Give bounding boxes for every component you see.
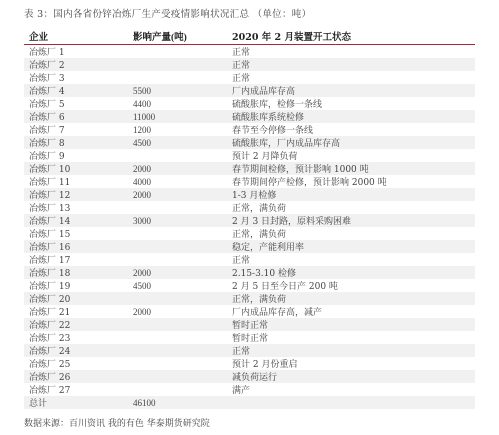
impact-cell: 2000 [129, 268, 232, 278]
table-row: 冶炼厂 22暂时正常 [24, 318, 475, 331]
status-cell: 厂内成品库存高，减产 [232, 305, 475, 318]
status-cell: 正常 [232, 58, 475, 71]
table-row: 冶炼厂 1820002.15-3.10 检修 [24, 266, 475, 279]
table-row: 冶炼厂 611000硫酸胀库系统检修 [24, 110, 475, 123]
status-cell: 厂内成品库存高 [232, 84, 475, 97]
company-cell: 冶炼厂 10 [24, 162, 129, 175]
status-cell: 硫酸胀库，厂内成品库存高 [232, 136, 475, 149]
status-cell: 暂时正常 [232, 331, 475, 344]
table-row: 冶炼厂 23暂时正常 [24, 331, 475, 344]
status-cell: 春节至今停修一条线 [232, 123, 475, 136]
status-cell: 预计 2 月份重启 [232, 357, 475, 370]
table-row: 冶炼厂 25预计 2 月份重启 [24, 357, 475, 370]
company-cell: 冶炼厂 12 [24, 188, 129, 201]
company-cell: 冶炼厂 7 [24, 123, 129, 136]
company-cell: 冶炼厂 16 [24, 240, 129, 253]
impact-cell: 5500 [129, 86, 232, 96]
status-cell: 正常 [232, 344, 475, 357]
table-row: 冶炼厂 24正常 [24, 344, 475, 357]
table-row: 冶炼厂 26减负荷运行 [24, 370, 475, 383]
company-cell: 冶炼厂 27 [24, 383, 129, 396]
smelter-impact-table: 企业 影响产量(吨) 2020 年 2 月装置开工状态 冶炼厂 1正常冶炼厂 2… [24, 28, 475, 409]
company-cell: 冶炼厂 13 [24, 201, 129, 214]
table-row: 冶炼厂 20正常，满负荷 [24, 292, 475, 305]
company-cell: 冶炼厂 25 [24, 357, 129, 370]
status-cell: 满产 [232, 383, 475, 396]
table-row: 冶炼厂 3正常 [24, 71, 475, 84]
table-row: 冶炼厂 13正常，满负荷 [24, 201, 475, 214]
impact-cell: 11000 [129, 112, 232, 122]
company-cell: 冶炼厂 15 [24, 227, 129, 240]
table-header: 企业 影响产量(吨) 2020 年 2 月装置开工状态 [24, 28, 475, 45]
company-cell: 冶炼厂 9 [24, 149, 129, 162]
company-cell: 冶炼厂 14 [24, 214, 129, 227]
header-status: 2020 年 2 月装置开工状态 [232, 29, 475, 43]
company-cell: 冶炼厂 5 [24, 97, 129, 110]
table-row: 冶炼厂 212000厂内成品库存高，减产 [24, 305, 475, 318]
table-row: 冶炼厂 27满产 [24, 383, 475, 396]
impact-cell: 2000 [129, 164, 232, 174]
table-row: 冶炼厂 15正常，满负荷 [24, 227, 475, 240]
status-cell: 暂时正常 [232, 318, 475, 331]
table-body: 冶炼厂 1正常冶炼厂 2正常冶炼厂 3正常冶炼厂 45500厂内成品库存高冶炼厂… [24, 45, 475, 409]
table-row: 冶炼厂 45500厂内成品库存高 [24, 84, 475, 97]
impact-cell: 2000 [129, 190, 232, 200]
status-cell: 硫酸胀库，检修一条线 [232, 97, 475, 110]
status-cell: 春节期间检修，预计影响 1000 吨 [232, 162, 475, 175]
status-cell: 正常，满负荷 [232, 201, 475, 214]
table-row: 冶炼厂 1220001-3 月检修 [24, 188, 475, 201]
total-row: 总计46100 [24, 396, 475, 409]
table-row: 冶炼厂 71200春节至今停修一条线 [24, 123, 475, 136]
table-row: 冶炼厂 102000春节期间检修，预计影响 1000 吨 [24, 162, 475, 175]
status-cell: 1-3 月检修 [232, 188, 475, 201]
status-cell: 正常，满负荷 [232, 227, 475, 240]
status-cell: 预计 2 月降负荷 [232, 149, 475, 162]
status-cell: 2 月 3 日封路，原料采购困难 [232, 214, 475, 227]
status-cell: 正常 [232, 71, 475, 84]
company-cell: 冶炼厂 2 [24, 58, 129, 71]
company-cell: 冶炼厂 8 [24, 136, 129, 149]
company-cell: 冶炼厂 19 [24, 279, 129, 292]
company-cell: 冶炼厂 24 [24, 344, 129, 357]
company-cell: 冶炼厂 20 [24, 292, 129, 305]
table-caption: 表 3：国内各省份锌冶炼厂生产受疫情影响状况汇总 （单位：吨） [24, 6, 311, 20]
table-row: 冶炼厂 16稳定，产能利用率 [24, 240, 475, 253]
impact-cell: 3000 [129, 216, 232, 226]
impact-cell: 4500 [129, 138, 232, 148]
company-cell: 冶炼厂 17 [24, 253, 129, 266]
company-cell: 冶炼厂 11 [24, 175, 129, 188]
table-row: 冶炼厂 17正常 [24, 253, 475, 266]
company-cell: 总计 [24, 396, 129, 409]
company-cell: 冶炼厂 1 [24, 45, 129, 58]
company-cell: 冶炼厂 21 [24, 305, 129, 318]
table-row: 冶炼厂 114000春节期间停产检修，预计影响 2000 吨 [24, 175, 475, 188]
status-cell: 稳定，产能利用率 [232, 240, 475, 253]
company-cell: 冶炼厂 23 [24, 331, 129, 344]
impact-cell: 2000 [129, 307, 232, 317]
status-cell: 减负荷运行 [232, 370, 475, 383]
header-impact: 影响产量(吨) [129, 29, 232, 43]
status-cell: 硫酸胀库系统检修 [232, 110, 475, 123]
company-cell: 冶炼厂 3 [24, 71, 129, 84]
impact-cell: 4500 [129, 281, 232, 291]
company-cell: 冶炼厂 4 [24, 84, 129, 97]
header-company: 企业 [24, 29, 129, 43]
impact-cell: 4000 [129, 177, 232, 187]
status-cell: 2 月 5 日至今日产 200 吨 [232, 279, 475, 292]
company-cell: 冶炼厂 6 [24, 110, 129, 123]
status-cell: 正常 [232, 253, 475, 266]
status-cell: 正常，满负荷 [232, 292, 475, 305]
impact-cell: 1200 [129, 125, 232, 135]
table-row: 冶炼厂 84500硫酸胀库，厂内成品库存高 [24, 136, 475, 149]
table-row: 冶炼厂 9预计 2 月降负荷 [24, 149, 475, 162]
company-cell: 冶炼厂 18 [24, 266, 129, 279]
company-cell: 冶炼厂 22 [24, 318, 129, 331]
status-cell: 春节期间停产检修，预计影响 2000 吨 [232, 175, 475, 188]
company-cell: 冶炼厂 26 [24, 370, 129, 383]
table-row: 冶炼厂 54400硫酸胀库，检修一条线 [24, 97, 475, 110]
status-cell: 2.15-3.10 检修 [232, 266, 475, 279]
impact-cell: 4400 [129, 99, 232, 109]
table-row: 冶炼厂 1正常 [24, 45, 475, 58]
table-row: 冶炼厂 2正常 [24, 58, 475, 71]
table-row: 冶炼厂 1945002 月 5 日至今日产 200 吨 [24, 279, 475, 292]
source-note: 数据来源：百川资讯 我的有色 华泰期货研究院 [24, 416, 210, 429]
status-cell: 正常 [232, 45, 475, 58]
table-row: 冶炼厂 1430002 月 3 日封路，原料采购困难 [24, 214, 475, 227]
impact-cell: 46100 [129, 398, 232, 408]
